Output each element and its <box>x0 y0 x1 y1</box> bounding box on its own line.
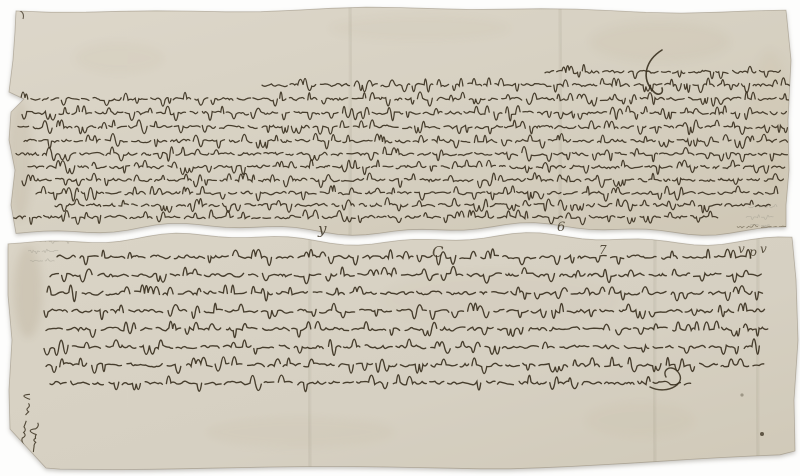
stain <box>330 16 510 40</box>
ink-spot <box>740 393 743 396</box>
chirograph-letter: p <box>749 245 757 259</box>
chirograph-letter: v <box>738 242 745 256</box>
stain <box>8 100 32 220</box>
parchment-shape <box>8 233 798 470</box>
chirograph-letter: 7 <box>599 243 607 257</box>
manuscript-photograph: Medieval chirograph indenture: two parch… <box>0 0 800 476</box>
stain <box>14 246 42 338</box>
stain <box>380 270 620 330</box>
chirograph-letter: C <box>432 243 444 261</box>
manuscript-scene: y6C7vpv <box>0 0 800 476</box>
chirograph-letter: v <box>760 242 767 256</box>
stain <box>590 22 730 62</box>
stain <box>205 416 395 448</box>
stain <box>75 42 165 74</box>
chirograph-letter: 6 <box>557 220 565 235</box>
chirograph-letter: y <box>317 220 327 238</box>
stain <box>585 402 695 438</box>
ink-spot <box>760 432 764 436</box>
